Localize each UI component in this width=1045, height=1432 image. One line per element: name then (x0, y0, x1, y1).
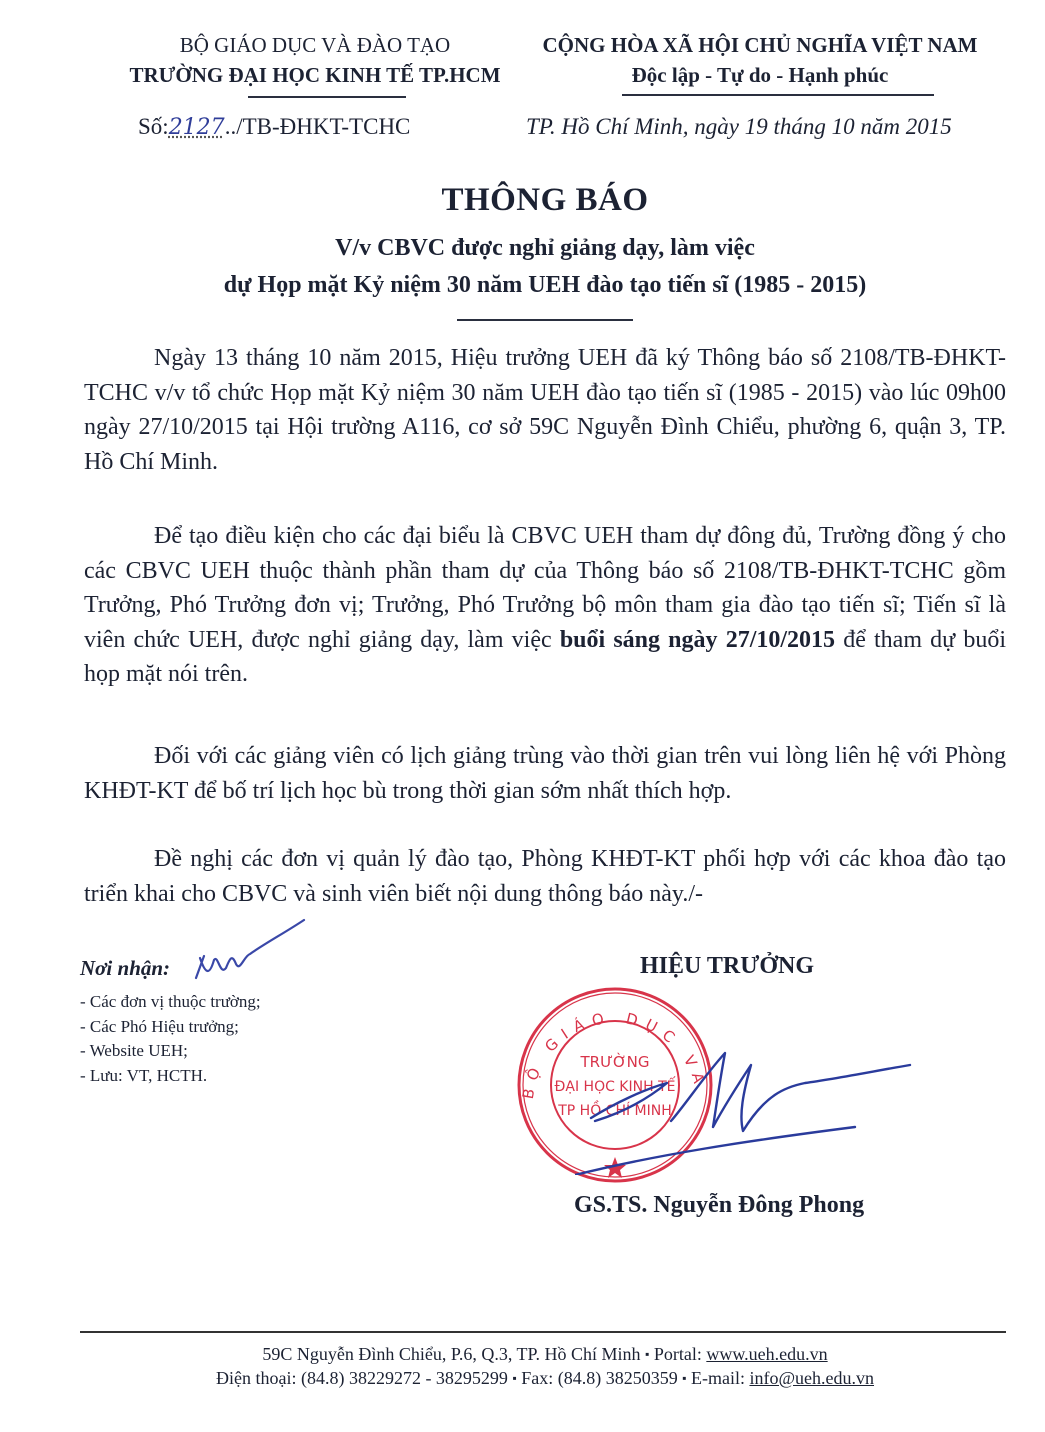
handwritten-number: 2127 (169, 115, 225, 140)
place-date: TP. Hồ Chí Minh, ngày 19 tháng 10 năm 20… (526, 114, 952, 140)
country-name: CỘNG HÒA XÃ HỘI CHỦ NGHĨA VIỆT NAM (505, 30, 1015, 60)
header-right-rule (622, 94, 934, 96)
footer-fax: Fax: (84.8) 38250359 (521, 1368, 678, 1388)
header-left-rule (248, 96, 406, 98)
subtitle-line-2: dự Họp mặt Kỷ niệm 30 năm UEH đào tạo ti… (0, 268, 1045, 302)
university-name: TRƯỜNG ĐẠI HỌC KINH TẾ TP.HCM (100, 60, 530, 90)
footer-address-line: 59C Nguyễn Đình Chiểu, P.6, Q.3, TP. Hồ … (0, 1344, 1045, 1365)
recipient-item: - Các đơn vị thuộc trường; (80, 990, 261, 1015)
portal-link[interactable]: www.ueh.edu.vn (706, 1344, 827, 1364)
document-number-prefix: Số: (138, 114, 169, 139)
footer-phone: Điện thoại: (84.8) 38229272 - 38295299 (216, 1368, 508, 1388)
ministry-name: BỘ GIÁO DỤC VÀ ĐÀO TẠO (100, 30, 530, 60)
paragraph-4: Đề nghị các đơn vị quản lý đào tạo, Phòn… (84, 842, 1006, 911)
separator-icon: ▪ (512, 1371, 516, 1385)
initials-scribble-icon (190, 916, 310, 986)
paragraph-1: Ngày 13 tháng 10 năm 2015, Hiệu trưởng U… (84, 341, 1006, 479)
footer-contact-line: Điện thoại: (84.8) 38229272 - 38295299 ▪… (0, 1368, 1045, 1389)
signer-position: HIỆU TRƯỞNG (640, 953, 814, 980)
recipients-label: Nơi nhận: (80, 956, 170, 981)
national-motto: Độc lập - Tự do - Hạnh phúc (505, 60, 1015, 90)
title-rule (457, 319, 633, 321)
separator-icon: ▪ (645, 1347, 649, 1361)
email-link[interactable]: info@ueh.edu.vn (749, 1368, 874, 1388)
email-label: E-mail: (691, 1368, 745, 1388)
paragraph-2: Để tạo điều kiện cho các đại biểu là CBV… (84, 519, 1006, 692)
footer-address: 59C Nguyễn Đình Chiểu, P.6, Q.3, TP. Hồ … (262, 1344, 640, 1364)
recipient-item: - Website UEH; (80, 1039, 261, 1064)
document-title: THÔNG BÁO (0, 182, 1045, 219)
footer-rule (80, 1331, 1006, 1333)
signature-icon (575, 1045, 915, 1175)
paragraph-3: Đối với các giảng viên có lịch giảng trù… (84, 739, 1006, 808)
portal-label: Portal: (654, 1344, 702, 1364)
document-number-suffix: ../TB-ĐHKT-TCHC (225, 114, 411, 139)
recipient-item: - Các Phó Hiệu trưởng; (80, 1015, 261, 1040)
subtitle-line-1: V/v CBVC được nghỉ giảng dạy, làm việc (0, 231, 1045, 265)
recipients-list: - Các đơn vị thuộc trường; - Các Phó Hiệ… (80, 990, 261, 1088)
issuer-header: BỘ GIÁO DỤC VÀ ĐÀO TẠO TRƯỜNG ĐẠI HỌC KI… (100, 30, 530, 90)
separator-icon: ▪ (682, 1371, 686, 1385)
document-number: Số:2127../TB-ĐHKT-TCHC (138, 114, 410, 140)
signer-name: GS.TS. Nguyễn Đông Phong (574, 1192, 864, 1219)
recipient-item: - Lưu: VT, HCTH. (80, 1064, 261, 1089)
national-header: CỘNG HÒA XÃ HỘI CHỦ NGHĨA VIỆT NAM Độc l… (505, 30, 1015, 90)
paragraph-2-emphasis: buổi sáng ngày 27/10/2015 (560, 627, 835, 653)
